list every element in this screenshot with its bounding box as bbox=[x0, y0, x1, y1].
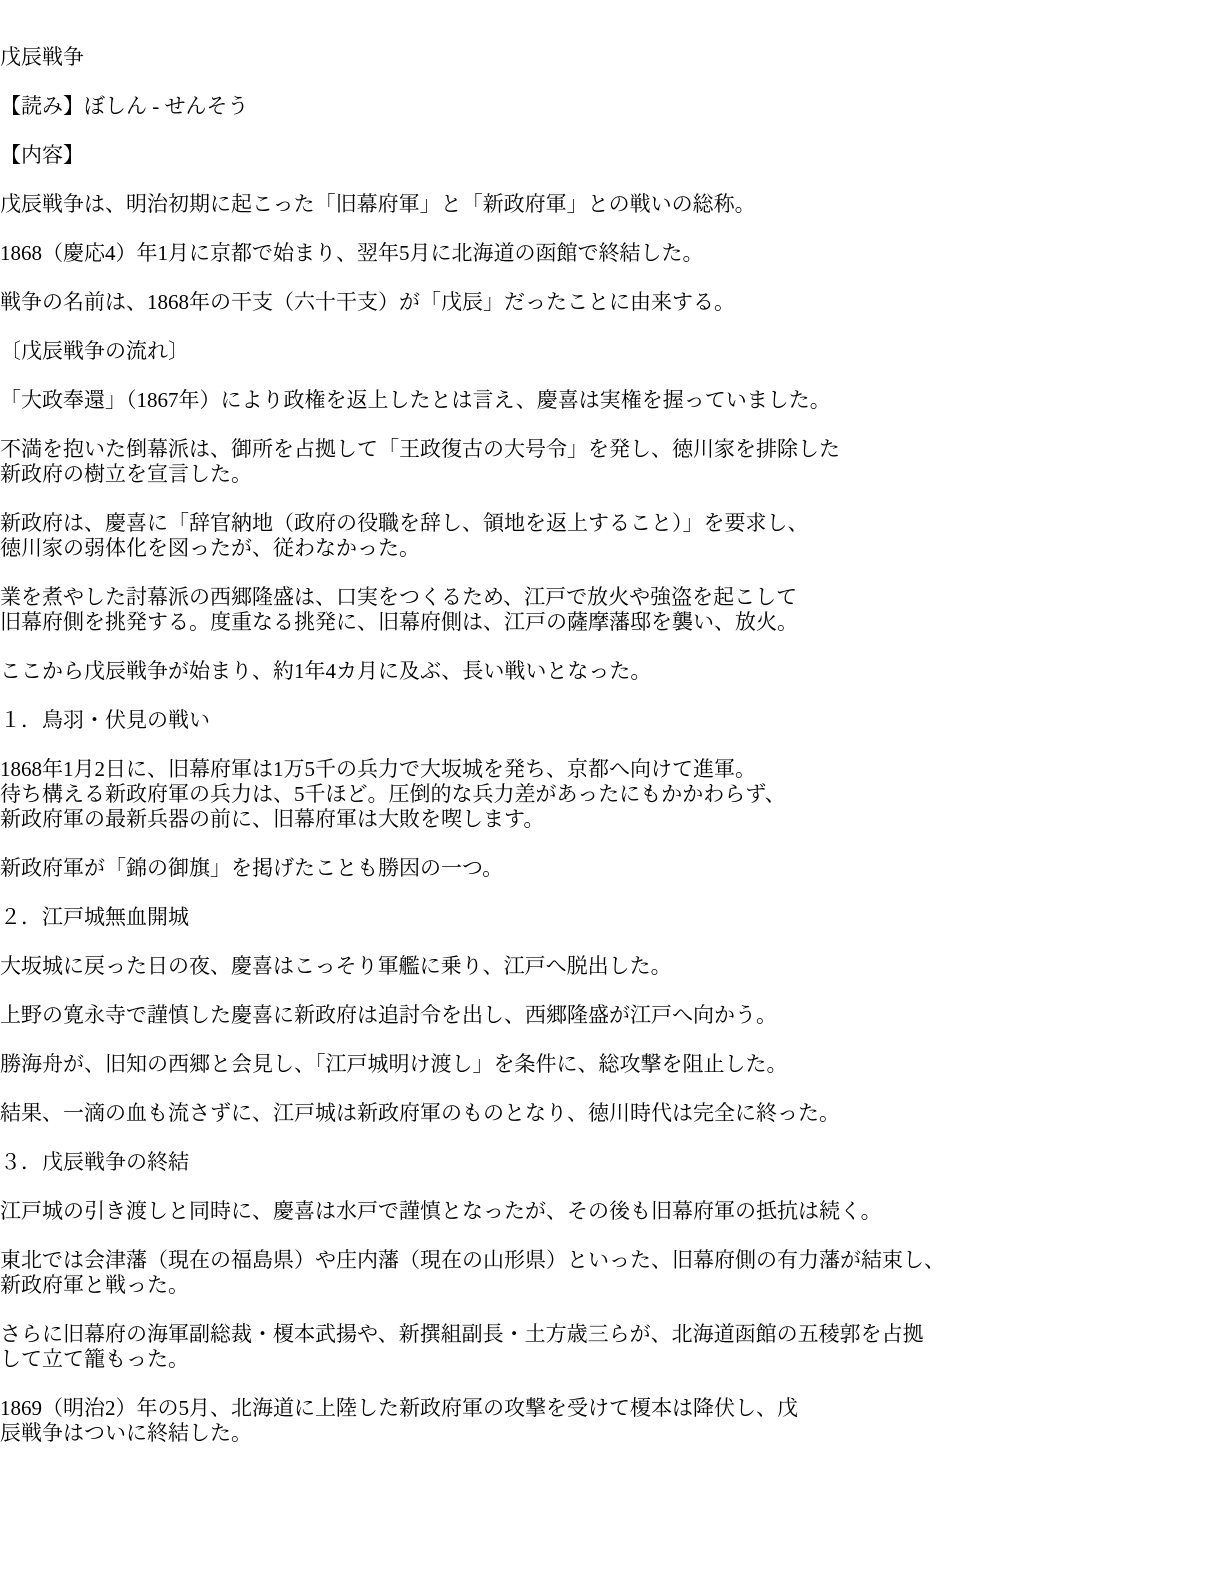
content-label: 【内容】 bbox=[0, 143, 84, 167]
reading-line: 【読み】ぼしん - せんそう bbox=[0, 94, 1218, 119]
flow-paragraph-3: 新政府は、慶喜に「辞官納地（政府の役職を辞し、領地を返上すること）」を要求し、 … bbox=[0, 511, 1218, 561]
section-2-paragraph-2: 上野の寛永寺で謹慎した慶喜に新政府は追討令を出し、西郷隆盛が江戸へ向かう。 bbox=[0, 1003, 1218, 1028]
document-page: 戊辰戦争 【読み】ぼしん - せんそう 【内容】 戊辰戦争は、明治初期に起こった… bbox=[0, 0, 1218, 1570]
text-line: さらに旧幕府の海軍副総裁・榎本武揚や、新撰組副長・土方歳三らが、北海道函館の五稜… bbox=[0, 1322, 924, 1346]
content-label-line: 【内容】 bbox=[0, 143, 1218, 168]
section-1-paragraph-1: 1868年1月2日に、旧幕府軍は1万5千の兵力で大坂城を発ち、京都へ向けて進軍。… bbox=[0, 757, 1218, 832]
intro-paragraph-3: 戦争の名前は、1868年の干支（六十干支）が「戊辰」だったことに由来する。 bbox=[0, 290, 1218, 315]
section-3-paragraph-3: さらに旧幕府の海軍副総裁・榎本武揚や、新撰組副長・土方歳三らが、北海道函館の五稜… bbox=[0, 1322, 1218, 1372]
section-1-heading: １．鳥羽・伏見の戦い bbox=[0, 708, 1218, 733]
flow-paragraph-5: ここから戊辰戦争が始まり、約1年4カ月に及ぶ、長い戦いとなった。 bbox=[0, 659, 1218, 684]
flow-paragraph-1: 「大政奉還」（1867年）により政権を返上したとは言え、慶喜は実権を握っていまし… bbox=[0, 388, 1218, 413]
section-3-paragraph-2: 東北では会津藩（現在の福島県）や庄内藩（現在の山形県）といった、旧幕府側の有力藩… bbox=[0, 1248, 1218, 1298]
reading-value: ぼしん - せんそう bbox=[84, 94, 249, 118]
section-2-paragraph-4: 結果、一滴の血も流さずに、江戸城は新政府軍のものとなり、徳川時代は完全に終った。 bbox=[0, 1101, 1218, 1126]
text-line: 東北では会津藩（現在の福島県）や庄内藩（現在の山形県）といった、旧幕府側の有力藩… bbox=[0, 1248, 945, 1272]
text-line: 新政府軍の最新兵器の前に、旧幕府軍は大敗を喫します。 bbox=[0, 807, 544, 831]
page-title: 戊辰戦争 bbox=[0, 45, 1218, 70]
heading-text: 〔戊辰戦争の流れ〕 bbox=[0, 339, 189, 363]
section-3-paragraph-4: 1869（明治2）年の5月、北海道に上陸した新政府軍の攻撃を受けて榎本は降伏し、… bbox=[0, 1396, 1218, 1446]
intro-paragraph-1: 戊辰戦争は、明治初期に起こった「旧幕府軍」と「新政府軍」との戦いの総称。 bbox=[0, 192, 1218, 217]
text-line: 上野の寛永寺で謹慎した慶喜に新政府は追討令を出し、西郷隆盛が江戸へ向かう。 bbox=[0, 1003, 777, 1027]
text-line: 徳川家の弱体化を図ったが、従わなかった。 bbox=[0, 536, 420, 560]
text-line: 待ち構える新政府軍の兵力は、5千ほど。圧倒的な兵力差があったにもかかわらず、 bbox=[0, 782, 786, 806]
section-2-heading: ２．江戸城無血開城 bbox=[0, 905, 1218, 930]
flow-paragraph-4: 業を煮やした討幕派の西郷隆盛は、口実をつくるため、江戸で放火や強盗を起こして 旧… bbox=[0, 585, 1218, 635]
text-line: ここから戊辰戦争が始まり、約1年4カ月に及ぶ、長い戦いとなった。 bbox=[0, 659, 651, 683]
text-line: 新政府軍が「錦の御旗」を掲げたことも勝因の一つ。 bbox=[0, 856, 503, 880]
text-line: 江戸城の引き渡しと同時に、慶喜は水戸で謹慎となったが、その後も旧幕府軍の抵抗は続… bbox=[0, 1199, 882, 1223]
text-line: 不満を抱いた倒幕派は、御所を占拠して「王政復古の大号令」を発し、徳川家を排除した bbox=[0, 437, 840, 461]
text-line: 大坂城に戻った日の夜、慶喜はこっそり軍艦に乗り、江戸へ脱出した。 bbox=[0, 954, 672, 978]
text-line: 戊辰戦争は、明治初期に起こった「旧幕府軍」と「新政府軍」との戦いの総称。 bbox=[0, 192, 756, 216]
text-line: 結果、一滴の血も流さずに、江戸城は新政府軍のものとなり、徳川時代は完全に終った。 bbox=[0, 1101, 840, 1125]
text-line: 1868（慶応4）年1月に京都で始まり、翌年5月に北海道の函館で終結した。 bbox=[0, 241, 704, 265]
text-line: 新政府の樹立を宣言した。 bbox=[0, 462, 252, 486]
heading-text: １．鳥羽・伏見の戦い bbox=[0, 708, 210, 732]
heading-text: ２．江戸城無血開城 bbox=[0, 905, 189, 929]
reading-label: 【読み】 bbox=[0, 94, 84, 118]
text-line: 新政府は、慶喜に「辞官納地（政府の役職を辞し、領地を返上すること）」を要求し、 bbox=[0, 511, 809, 535]
section-1-paragraph-2: 新政府軍が「錦の御旗」を掲げたことも勝因の一つ。 bbox=[0, 856, 1218, 881]
text-line: 辰戦争はついに終結した。 bbox=[0, 1421, 252, 1445]
text-line: 業を煮やした討幕派の西郷隆盛は、口実をつくるため、江戸で放火や強盗を起こして bbox=[0, 585, 797, 609]
flow-section-heading: 〔戊辰戦争の流れ〕 bbox=[0, 339, 1218, 364]
section-3-paragraph-1: 江戸城の引き渡しと同時に、慶喜は水戸で謹慎となったが、その後も旧幕府軍の抵抗は続… bbox=[0, 1199, 1218, 1224]
text-line: 戦争の名前は、1868年の干支（六十干支）が「戊辰」だったことに由来する。 bbox=[0, 290, 735, 314]
flow-paragraph-2: 不満を抱いた倒幕派は、御所を占拠して「王政復古の大号令」を発し、徳川家を排除した… bbox=[0, 437, 1218, 487]
text-line: 「大政奉還」（1867年）により政権を返上したとは言え、慶喜は実権を握っていまし… bbox=[0, 388, 831, 412]
title-text: 戊辰戦争 bbox=[0, 45, 84, 69]
text-line: 旧幕府側を挑発する。度重なる挑発に、旧幕府側は、江戸の薩摩藩邸を襲い、放火。 bbox=[0, 610, 798, 634]
heading-text: ３．戊辰戦争の終結 bbox=[0, 1150, 189, 1174]
text-line: 1868年1月2日に、旧幕府軍は1万5千の兵力で大坂城を発ち、京都へ向けて進軍。 bbox=[0, 757, 756, 781]
text-line: 勝海舟が、旧知の西郷と会見し、「江戸城明け渡し」を条件に、総攻撃を阻止した。 bbox=[0, 1052, 788, 1076]
section-2-paragraph-3: 勝海舟が、旧知の西郷と会見し、「江戸城明け渡し」を条件に、総攻撃を阻止した。 bbox=[0, 1052, 1218, 1077]
text-line: 1869（明治2）年の5月、北海道に上陸した新政府軍の攻撃を受けて榎本は降伏し、… bbox=[0, 1396, 798, 1420]
text-line: 新政府軍と戦った。 bbox=[0, 1273, 189, 1297]
intro-paragraph-2: 1868（慶応4）年1月に京都で始まり、翌年5月に北海道の函館で終結した。 bbox=[0, 241, 1218, 266]
section-2-paragraph-1: 大坂城に戻った日の夜、慶喜はこっそり軍艦に乗り、江戸へ脱出した。 bbox=[0, 954, 1218, 979]
section-3-heading: ３．戊辰戦争の終結 bbox=[0, 1150, 1218, 1175]
text-line: して立て籠もった。 bbox=[0, 1347, 189, 1371]
